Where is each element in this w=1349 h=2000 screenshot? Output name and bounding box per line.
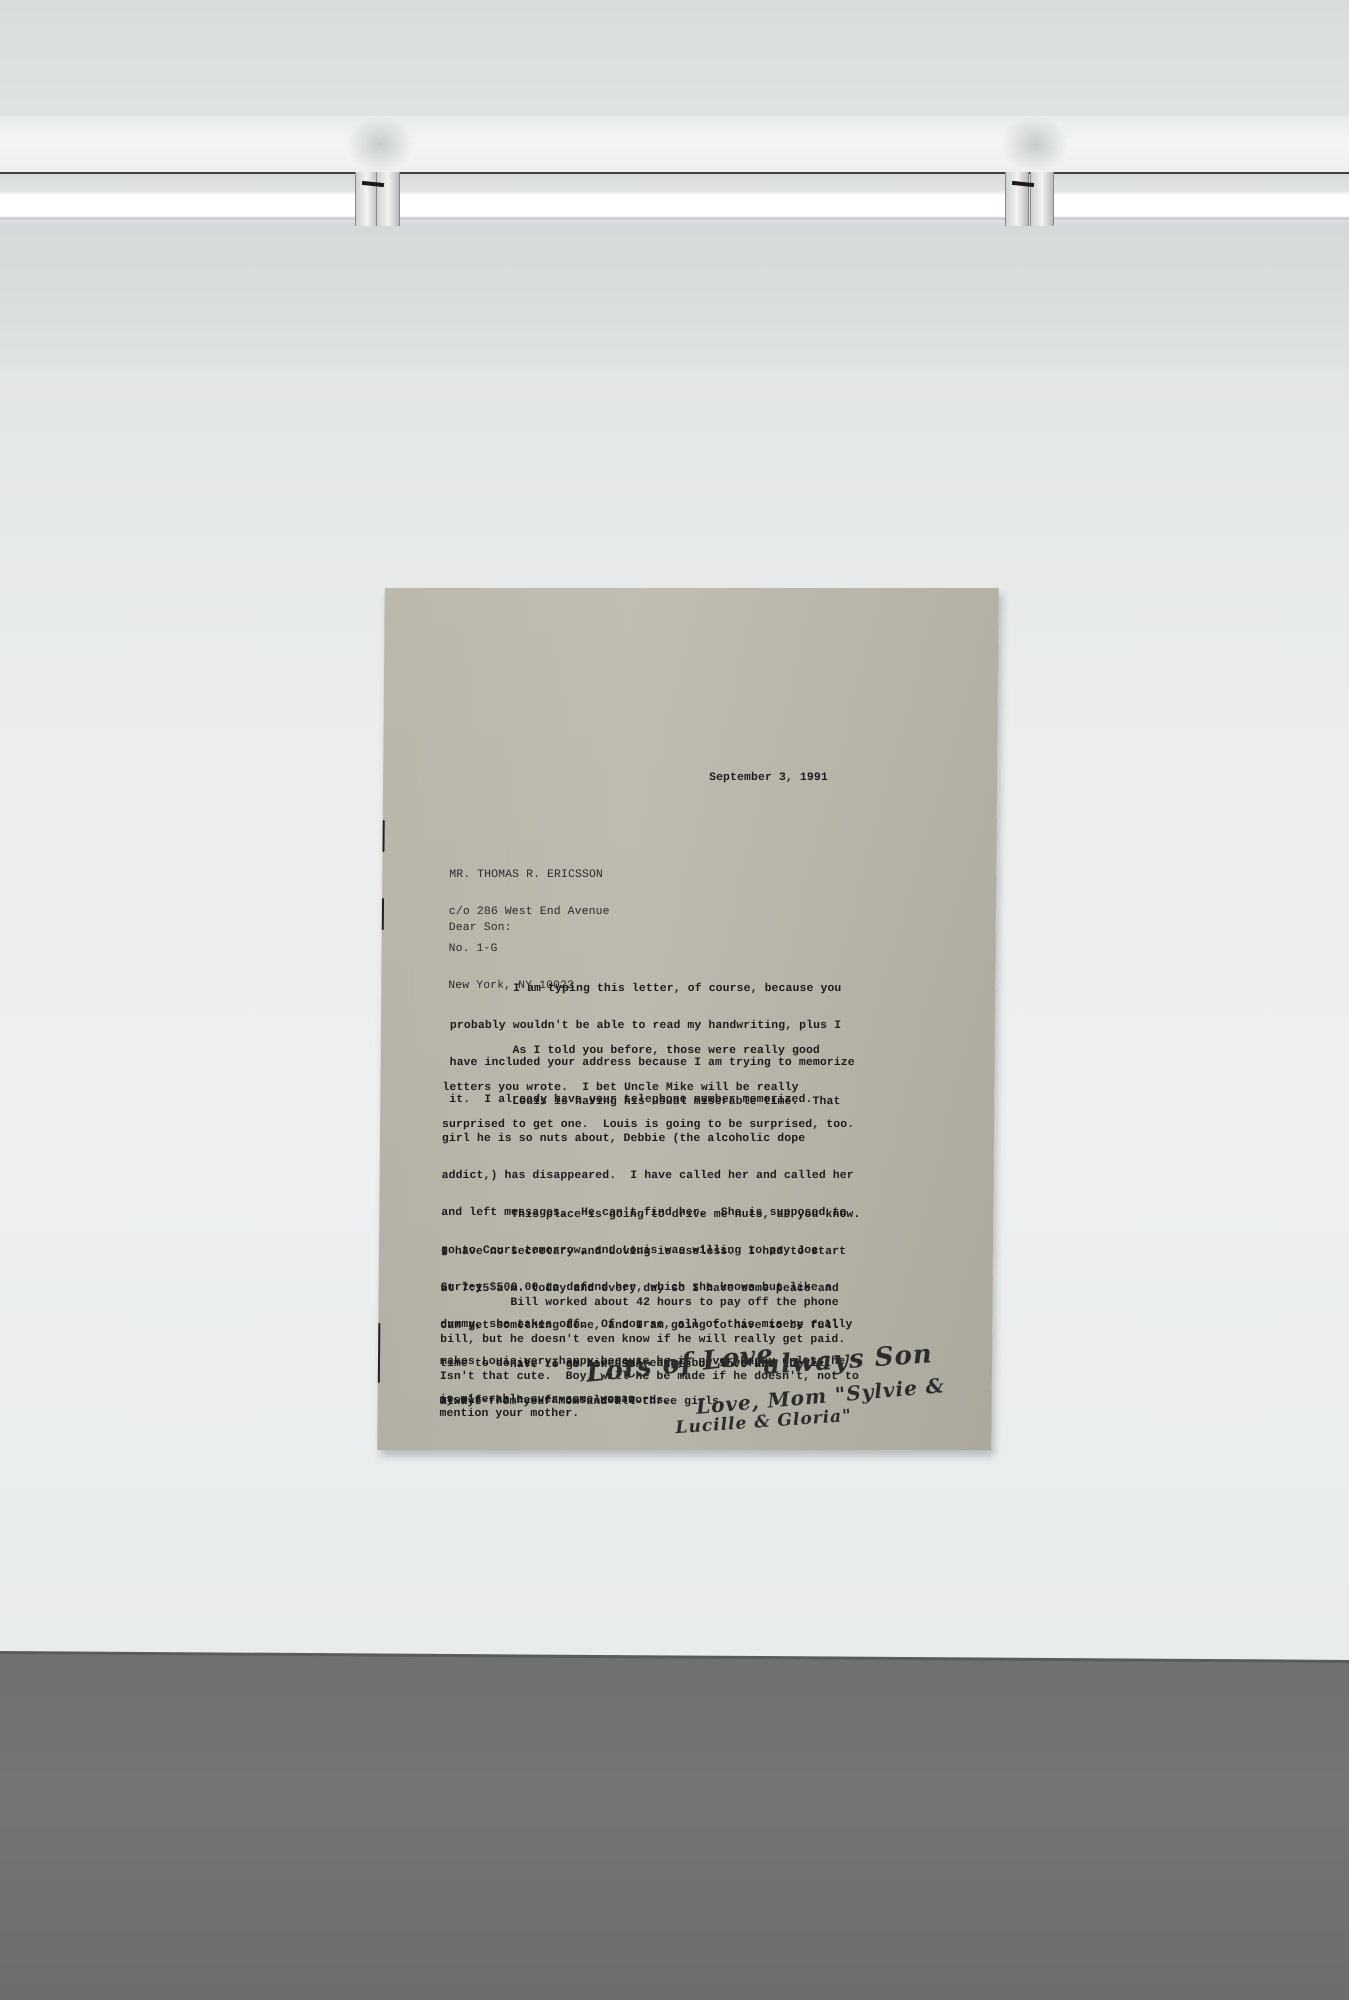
letter-date: September 3, 1991 [709, 772, 828, 784]
fluorescent-light-tube [0, 174, 355, 222]
text-line: I have no secretary and Loving is useles… [441, 1246, 860, 1258]
address-line: c/o 286 West End Avenue [449, 906, 610, 918]
beam-joint-shadow [345, 116, 415, 172]
address-line: MR. THOMAS R. ERICSSON [449, 869, 610, 881]
text-line: I am typing this letter, of course, beca… [443, 983, 855, 995]
address-line: No. 1-G [449, 943, 610, 955]
light-bracket [1030, 172, 1054, 226]
text-line: girl he is so nuts about, Debbie (the al… [442, 1133, 854, 1145]
text-line: As I told you before, those were really … [443, 1045, 855, 1057]
salutation: Dear Son: [449, 922, 512, 934]
light-bracket [376, 172, 400, 226]
gallery-floor [0, 1652, 1349, 2000]
text-line: Louis is having his usual miserable time… [442, 1096, 854, 1108]
text-line: Bill worked about 42 hours to pay off th… [440, 1297, 859, 1309]
text-line: This place is going to drive me nuts, as… [441, 1209, 860, 1221]
beam-joint-shadow [1000, 116, 1070, 172]
light-bracket [1005, 172, 1029, 226]
text-line: addict,) has disappeared. I have called … [442, 1170, 854, 1182]
fluorescent-light-tube [1038, 174, 1349, 222]
handwritten-note: always Son [763, 1348, 933, 1372]
ceiling-beam [0, 116, 1349, 174]
letter-canvas: September 3, 1991 MR. THOMAS R. ERICSSON… [377, 588, 999, 1450]
typed-letter: September 3, 1991 MR. THOMAS R. ERICSSON… [377, 588, 999, 1450]
fluorescent-light-tube [393, 174, 1005, 222]
